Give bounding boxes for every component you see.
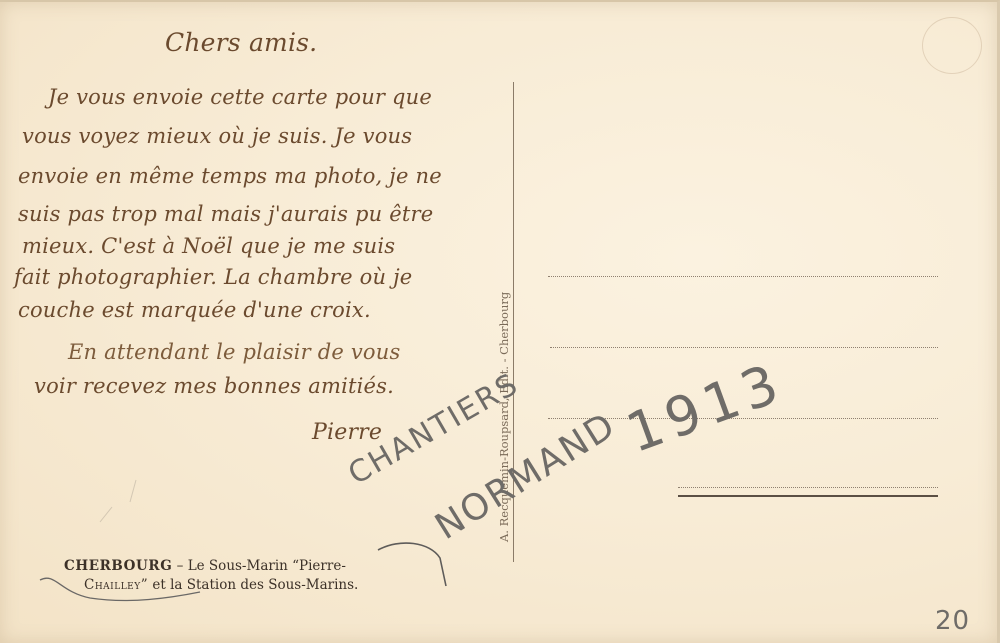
address-line [550, 347, 938, 348]
address-line [548, 276, 938, 277]
message-line: suis pas trop mal mais j'aurais pu être [18, 202, 433, 226]
message-line: Je vous envoie cette carte pour que [48, 85, 432, 109]
pencil-note-year: 1913 [618, 351, 791, 465]
postcard-back: Chers amis. Je vous envoie cette carte p… [0, 0, 1000, 643]
message-line: envoie en même temps ma photo, je ne [18, 164, 442, 188]
caption-line2: et la Station des Sous-Marins. [148, 577, 358, 593]
message-line: voir recevez mes bonnes amitiés. [34, 374, 394, 398]
message-line: En attendant le plaisir de vous [68, 340, 400, 364]
caption-submarine-name: Chailley” [84, 577, 148, 593]
address-underline [678, 495, 938, 497]
caption-line1: – Le Sous-Marin “Pierre- [172, 558, 346, 574]
message-greeting: Chers amis. [165, 28, 317, 57]
message-line: couche est marquée d'une croix. [18, 298, 371, 322]
printed-caption: CHERBOURG – Le Sous-Marin “Pierre- Chail… [64, 557, 358, 595]
message-line: vous voyez mieux où je suis. Je vous [22, 124, 412, 148]
pencil-item-number: 20 [935, 606, 970, 636]
stamp-area [922, 17, 982, 74]
address-line [678, 487, 938, 488]
message-line: fait photographier. La chambre où je [14, 265, 412, 289]
message-signature: Pierre [312, 420, 382, 445]
caption-city: CHERBOURG [64, 558, 172, 574]
message-line: mieux. C'est à Noël que je me suis [22, 234, 395, 258]
